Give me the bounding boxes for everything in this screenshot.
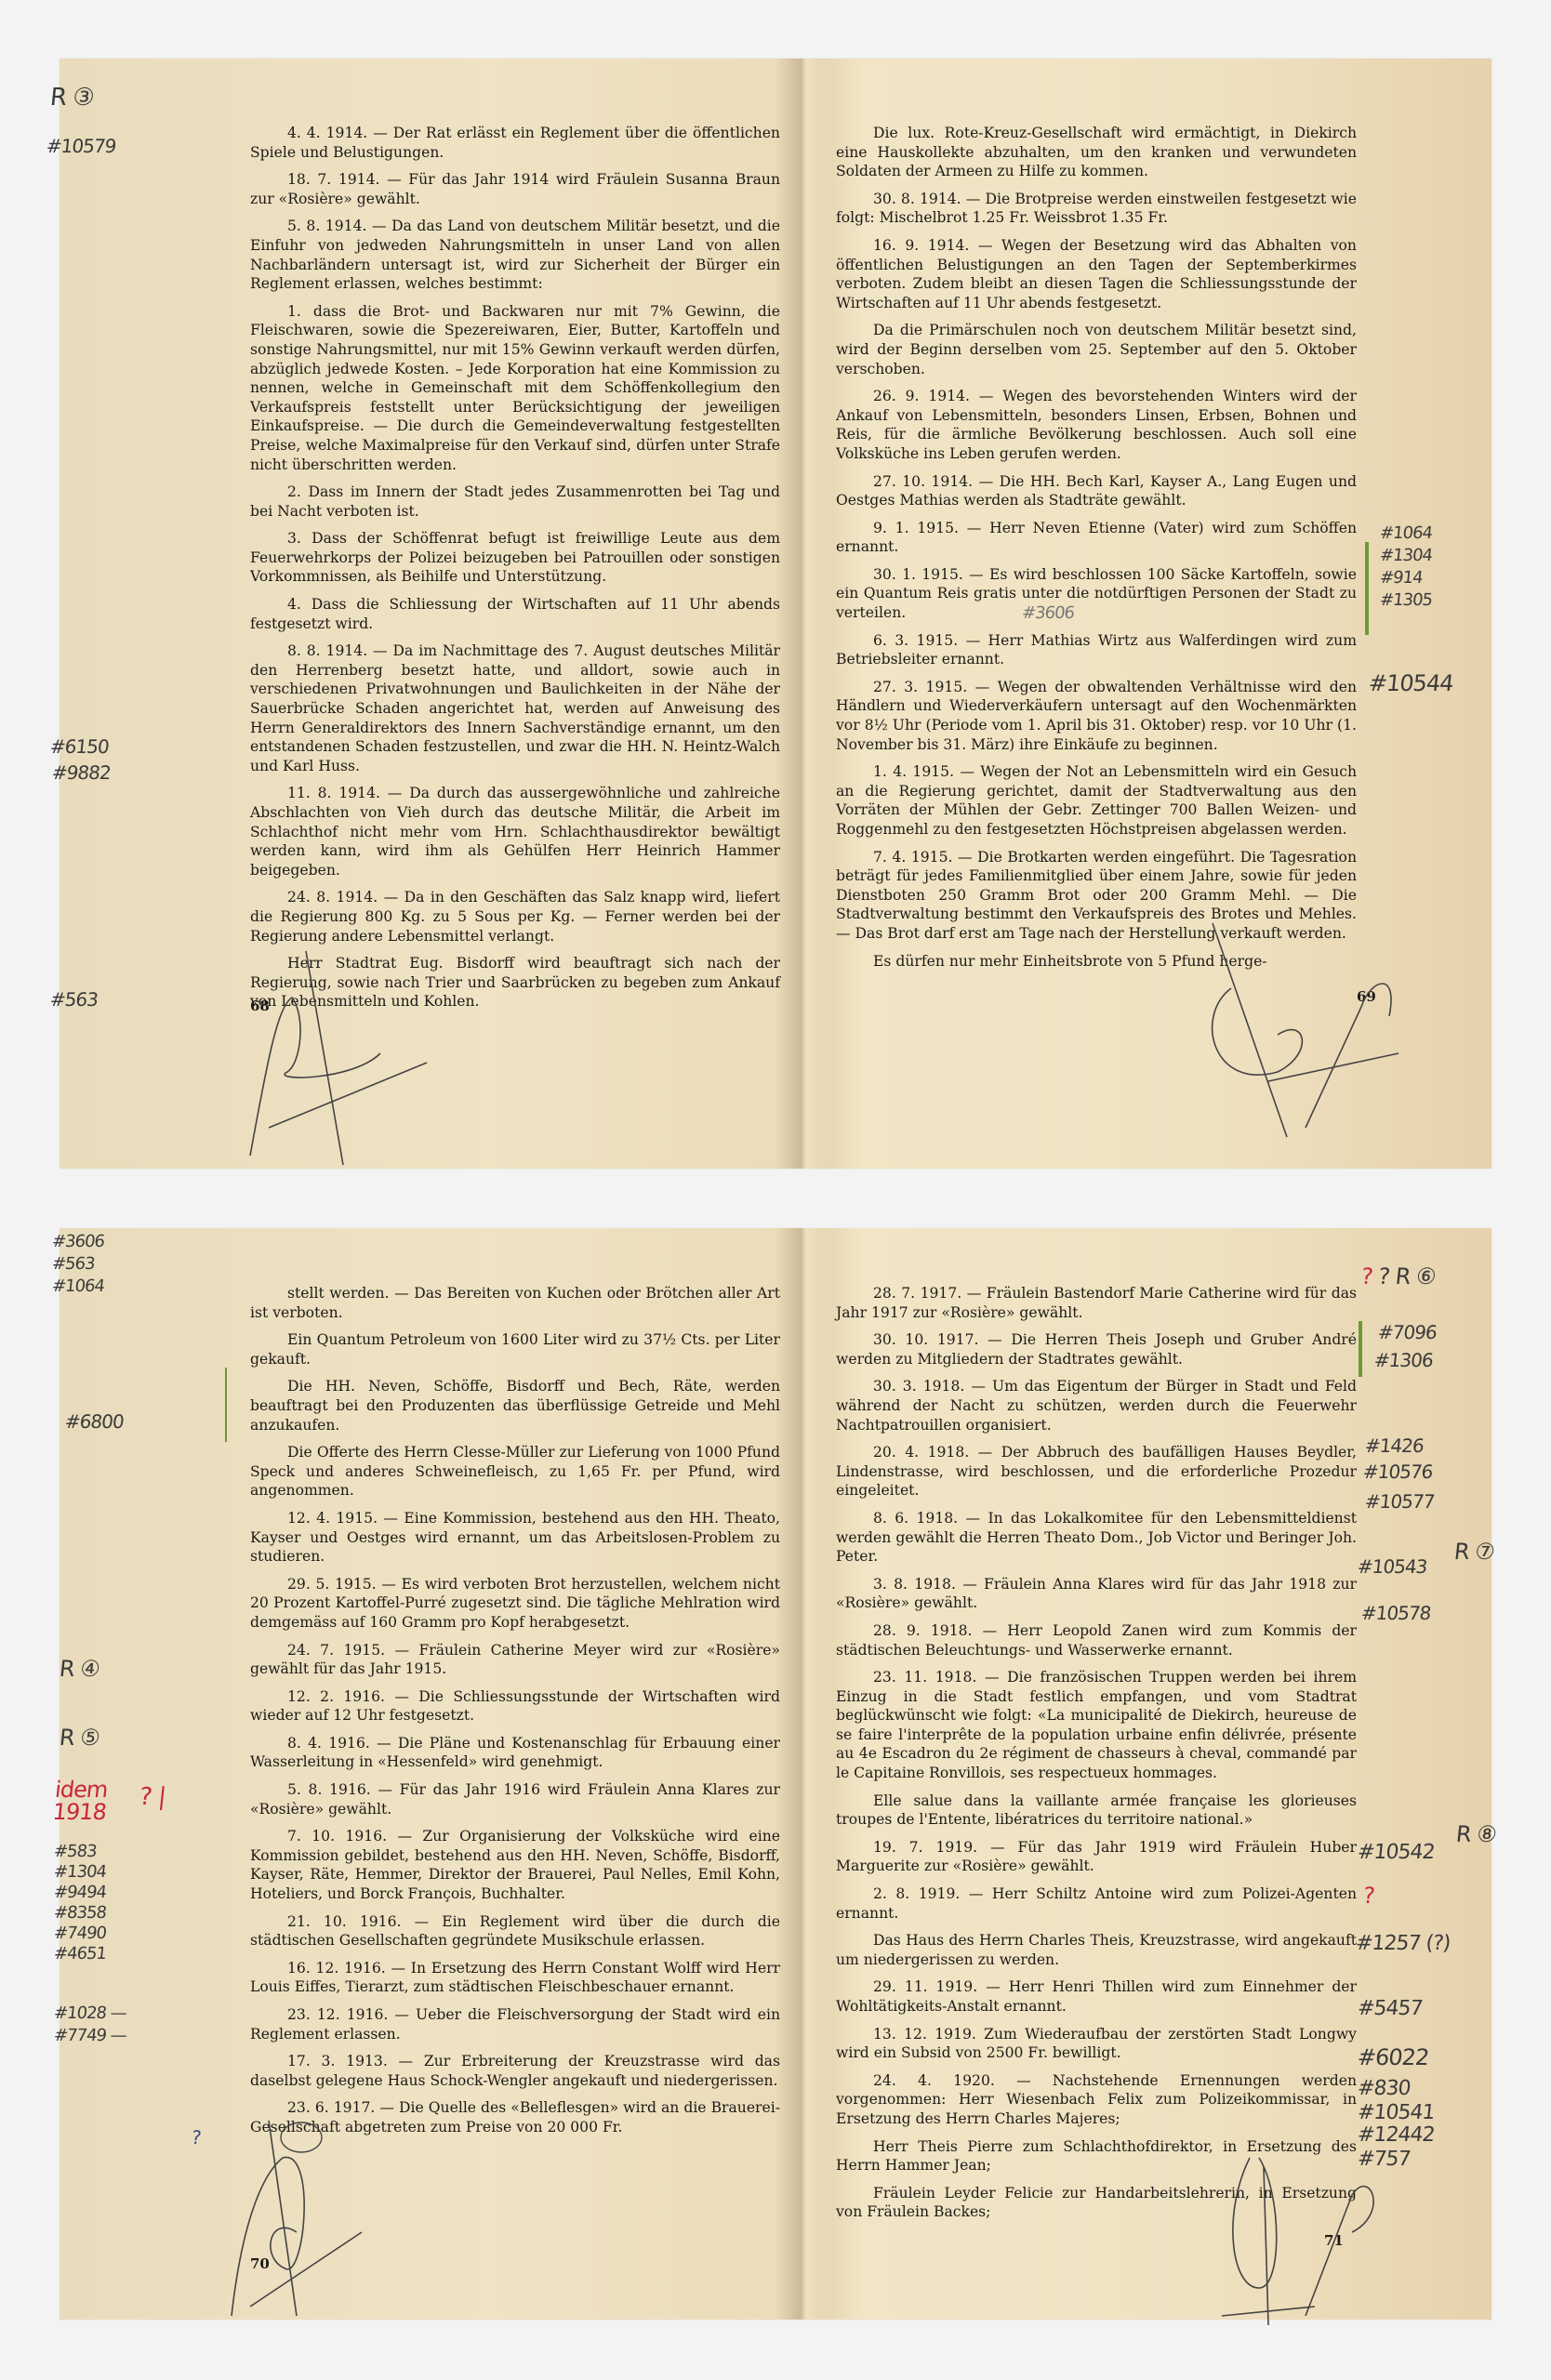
entry-paragraph: 17. 3. 1913. — Zur Erbreiterung der Kreu… [250,2052,780,2090]
page-70: stellt werden. — Das Bereiten von Kuchen… [60,1228,794,2320]
signature-scribble [1175,914,1417,1137]
margin-note: #3606 [1021,603,1075,624]
entry-date: 12. 2. 1916. [287,1688,394,1705]
entry-paragraph: 30. 3. 1918. — Um das Eigentum der Bürge… [836,1377,1357,1435]
entry-date: 8. 8. 1914. [287,642,373,659]
margin-note-red: ? | [139,1786,166,1808]
top-book-spread: 4. 4. 1914. — Der Rat erlässt ein Reglem… [60,59,1491,1169]
entry-date: 3. 8. 1918. [873,1576,962,1593]
margin-note: #7749 — [53,2026,127,2046]
entry-paragraph: 12. 4. 1915. — Eine Kommission, bestehen… [250,1509,780,1567]
entry-date: 23. 11. 1918. [873,1669,985,1686]
entry-text: 2. Dass im Innern der Stadt jedes Zusamm… [250,483,780,520]
entry-date: 8. 6. 1918. [873,1510,966,1527]
margin-note: #1426 [1364,1435,1425,1457]
margin-note: #1064 [1379,523,1433,544]
margin-note: R ⑧ [1455,1823,1497,1845]
entry-date: 5. 8. 1914. [287,218,372,234]
entry-date: 16. 9. 1914. [873,237,978,254]
margin-note: R ④ [59,1658,100,1680]
signature-scribble [213,942,473,1165]
entry-text: 1. dass die Brot- und Backwaren nur mit … [250,303,780,473]
entry-paragraph: 30. 10. 1917. — Die Herren Theis Joseph … [836,1330,1357,1368]
entry-date: 21. 10. 1916. [287,1913,415,1930]
entry-date: 30. 3. 1918. [873,1378,971,1395]
entry-date: 29. 11. 1919. [873,1978,986,1995]
entry-paragraph: 2. 8. 1919. — Herr Schiltz Antoine wird … [836,1884,1357,1923]
page-text: 4. 4. 1914. — Der Rat erlässt ein Reglem… [250,124,780,1020]
entry-paragraph: 18. 7. 1914. — Für das Jahr 1914 wird Fr… [250,170,780,208]
margin-note: #5457 [1357,1998,1424,2020]
entry-date: 24. 4. 1920. [873,2072,1016,2089]
margin-note: #563 [49,988,99,1011]
entry-date: 26. 9. 1914. [873,388,979,404]
page-68: 4. 4. 1914. — Der Rat erlässt ein Reglem… [60,59,794,1169]
entry-text: 4. Dass die Schliessung der Wirtschaften… [250,596,780,632]
entry-text: Die lux. Rote-Kreuz-Gesellschaft wird er… [836,125,1357,179]
entry-paragraph: 23. 11. 1918. — Die französischen Truppe… [836,1668,1357,1783]
margin-note: #10579 [46,135,117,157]
entry-date: 8. 4. 1916. [287,1735,377,1752]
entry-paragraph: 7. 10. 1916. — Zur Organisierung der Vol… [250,1827,780,1903]
entry-paragraph: 24. 8. 1914. — Da in den Geschäften das … [250,888,780,945]
margin-note: #914 [1379,568,1424,588]
entry-paragraph: Da die Primärschulen noch von deutschem … [836,321,1357,378]
margin-note: #6022 [1357,2046,1430,2069]
margin-note: #10541 [1357,2102,1436,2124]
entry-paragraph: 26. 9. 1914. — Wegen des bevorstehenden … [836,387,1357,463]
entry-date: 30. 10. 1917. [873,1331,988,1348]
entry-paragraph: 27. 10. 1914. — Die HH. Bech Karl, Kayse… [836,472,1357,510]
entry-paragraph: 23. 12. 1916. — Ueber die Fleischversorg… [250,2005,780,2043]
entry-paragraph: 19. 7. 1919. — Für das Jahr 1919 wird Fr… [836,1838,1357,1876]
signature-scribble [213,2121,436,2325]
entry-paragraph: 8. 6. 1918. — In das Lokalkomitee für de… [836,1509,1357,1567]
margin-note: #10544 [1368,672,1454,694]
entry-paragraph: 29. 5. 1915. — Es wird verboten Brot her… [250,1575,780,1633]
margin-note-red: ? [1362,1884,1375,1907]
entry-paragraph: 1. 4. 1915. — Wegen der Not an Lebensmit… [836,762,1357,839]
margin-note: #1306 [1373,1349,1434,1371]
entry-date: 23. 12. 1916. [287,2006,394,2023]
entry-date: 4. 4. 1914. [287,125,373,141]
margin-note: #1304 [53,1862,107,1883]
entry-paragraph: 16. 9. 1914. — Wegen der Besetzung wird … [836,236,1357,312]
entry-text: — Die französischen Truppen werden bei i… [836,1669,1357,1781]
entry-paragraph: 8. 8. 1914. — Da im Nachmittage des 7. A… [250,641,780,775]
entry-date: 30. 1. 1915. [873,566,969,583]
margin-note: #1305 [1379,590,1433,611]
entry-date: 1. 4. 1915. [873,763,960,780]
entry-paragraph: 2. Dass im Innern der Stadt jedes Zusamm… [250,483,780,521]
entry-paragraph: 24. 7. 1915. — Fräulein Catherine Meyer … [250,1641,780,1679]
entry-paragraph: 30. 1. 1915. — Es wird beschlossen 100 S… [836,565,1357,623]
entry-paragraph: 29. 11. 1919. — Herr Henri Thillen wird … [836,1977,1357,2016]
entry-text: — Da im Nachmittage des 7. August deutsc… [250,642,780,774]
entry-date: 28. 9. 1918. [873,1622,983,1639]
margin-note-red: idem 1918 [51,1778,112,1823]
margin-note: #3606 [51,1232,105,1252]
entry-date: 7. 10. 1916. [287,1828,397,1844]
entry-paragraph: 8. 4. 1916. — Die Pläne und Kostenanschl… [250,1734,780,1772]
margin-note: #1064 [51,1276,105,1297]
margin-note: #7490 [53,1924,107,1944]
margin-note: ? [191,2126,202,2149]
entry-date: 27. 10. 1914. [873,473,979,490]
margin-note: #12442 [1357,2124,1436,2147]
green-margin-mark [1365,542,1369,635]
margin-note: #1304 [1379,546,1433,566]
entry-paragraph: 20. 4. 1918. — Der Abbruch des baufällig… [836,1443,1357,1501]
margin-note: #6800 [64,1410,125,1433]
entry-paragraph: 12. 2. 1916. — Die Schliessungsstunde de… [250,1687,780,1725]
entry-date: 24. 7. 1915. [287,1642,394,1659]
entry-paragraph: 24. 4. 1920. — Nachstehende Ernennungen … [836,2071,1357,2129]
entry-paragraph: 13. 12. 1919. Zum Wiederaufbau der zerst… [836,2025,1357,2063]
margin-note: R ⑦ [1453,1540,1495,1563]
entry-paragraph: 28. 9. 1918. — Herr Leopold Zanen wird z… [836,1621,1357,1659]
page-71: 28. 7. 1917. — Fräulein Bastendorf Marie… [794,1228,1491,2320]
margin-note: #7096 [1377,1321,1438,1343]
entry-date: 23. 6. 1917. [287,2099,379,2116]
entry-date: 6. 3. 1915. [873,632,966,649]
entry-paragraph: Die lux. Rote-Kreuz-Gesellschaft wird er… [836,124,1357,181]
page-text: 28. 7. 1917. — Fräulein Bastendorf Marie… [836,1284,1357,2230]
entry-paragraph: Das Haus des Herrn Charles Theis, Kreuzs… [836,1931,1357,1969]
margin-note: #8358 [53,1903,107,1924]
entry-paragraph: stellt werden. — Das Bereiten von Kuchen… [250,1284,780,1322]
entry-date: 13. 12. 1919. [873,2026,984,2043]
entry-paragraph: Elle salue dans la vaillante armée franç… [836,1792,1357,1830]
entry-date: 28. 7. 1917. [873,1285,967,1302]
entry-paragraph: 27. 3. 1915. — Wegen der obwaltenden Ver… [836,678,1357,754]
signature-scribble [1194,2158,1417,2325]
entry-text: Das Haus des Herrn Charles Theis, Kreuzs… [836,1932,1357,1968]
bottom-book-spread: stellt werden. — Das Bereiten von Kuchen… [60,1228,1491,2320]
margin-note: #10542 [1357,1842,1436,1864]
entry-date: 9. 1. 1915. [873,520,967,536]
margin-note: #10576 [1362,1461,1434,1483]
page-text: stellt werden. — Das Bereiten von Kuchen… [250,1284,780,2146]
margin-note: R ⑤ [59,1726,100,1749]
margin-note: ? R ⑥ [1377,1263,1437,1289]
margin-note: #830 [1357,2078,1412,2100]
entry-paragraph: 9. 1. 1915. — Herr Neven Etienne (Vater)… [836,519,1357,557]
entry-date: 2. 8. 1919. [873,1885,969,1902]
entry-text: Da die Primärschulen noch von deutschem … [836,322,1357,377]
entry-date: 5. 8. 1916. [287,1781,378,1798]
entry-date: 17. 3. 1913. [287,2053,399,2069]
entry-paragraph: 3. Dass der Schöffenrat befugt ist freiw… [250,529,780,587]
entry-paragraph: 1. dass die Brot- und Backwaren nur mit … [250,302,780,474]
margin-note: #1257 (?) [1355,1933,1452,1955]
entry-date: 24. 8. 1914. [287,889,384,906]
entry-date: 29. 5. 1915. [287,1576,381,1593]
entry-paragraph: 30. 8. 1914. — Die Brotpreise werden ein… [836,190,1357,228]
entry-text: 3. Dass der Schöffenrat befugt ist freiw… [250,530,780,585]
entry-paragraph: Die HH. Neven, Schöffe, Bisdorff und Bec… [250,1377,780,1435]
entry-date: 30. 8. 1914. [873,191,966,207]
entry-text: Die Offerte des Herrn Clesse-Müller zur … [250,1444,780,1499]
entry-date: 27. 3. 1915. [873,679,975,695]
entry-date: 18. 7. 1914. [287,171,387,188]
entry-paragraph: 4. Dass die Schliessung der Wirtschaften… [250,595,780,633]
entry-date: 7. 4. 1915. [873,849,958,866]
margin-note: #583 [53,1842,98,1862]
margin-note: ? ? R ⑥ [1360,1265,1437,1288]
entry-paragraph: Die Offerte des Herrn Clesse-Müller zur … [250,1443,780,1501]
margin-note: #10577 [1364,1490,1436,1513]
page-text: Die lux. Rote-Kreuz-Gesellschaft wird er… [836,124,1357,979]
entry-paragraph: 5. 8. 1916. — Für das Jahr 1916 wird Frä… [250,1780,780,1818]
green-margin-mark [225,1368,227,1442]
margin-note: #9494 [53,1883,107,1903]
entry-date: 11. 8. 1914. [287,785,388,801]
margin-note: #6150 [49,735,110,758]
entry-text: Elle salue dans la vaillante armée franç… [836,1792,1357,1829]
entry-paragraph: 16. 12. 1916. — In Ersetzung des Herrn C… [250,1959,780,1997]
entry-date: 16. 12. 1916. [287,1960,391,1977]
entry-paragraph: 21. 10. 1916. — Ein Reglement wird über … [250,1912,780,1950]
margin-note: #10578 [1360,1602,1432,1624]
margin-note: #1028 — [53,2003,127,2024]
entry-text: Die HH. Neven, Schöffe, Bisdorff und Bec… [250,1378,780,1433]
page-69: Die lux. Rote-Kreuz-Gesellschaft wird er… [794,59,1491,1169]
entry-paragraph: 5. 8. 1914. — Da das Land von deutschem … [250,217,780,293]
entry-text: Ein Quantum Petroleum von 1600 Liter wir… [250,1331,780,1368]
entry-paragraph: 11. 8. 1914. — Da durch das aussergewöhn… [250,784,780,879]
margin-note: R ③ [49,86,95,109]
entry-paragraph: Ein Quantum Petroleum von 1600 Liter wir… [250,1330,780,1368]
margin-note: #9882 [51,761,112,784]
entry-text: stellt werden. — Das Bereiten von Kuchen… [250,1285,780,1321]
entry-date: 19. 7. 1919. [873,1839,990,1856]
green-margin-mark [1359,1321,1362,1377]
entry-paragraph: 6. 3. 1915. — Herr Mathias Wirtz aus Wal… [836,631,1357,669]
entry-paragraph: 4. 4. 1914. — Der Rat erlässt ein Reglem… [250,124,780,162]
margin-note: #10543 [1357,1555,1428,1578]
margin-note: #563 [51,1254,96,1275]
entry-paragraph: 3. 8. 1918. — Fräulein Anna Klares wird … [836,1575,1357,1613]
entry-paragraph: 28. 7. 1917. — Fräulein Bastendorf Marie… [836,1284,1357,1322]
entry-date: 12. 4. 1915. [287,1510,383,1527]
margin-note: #4651 [53,1944,107,1964]
entry-date: 20. 4. 1918. [873,1444,978,1461]
